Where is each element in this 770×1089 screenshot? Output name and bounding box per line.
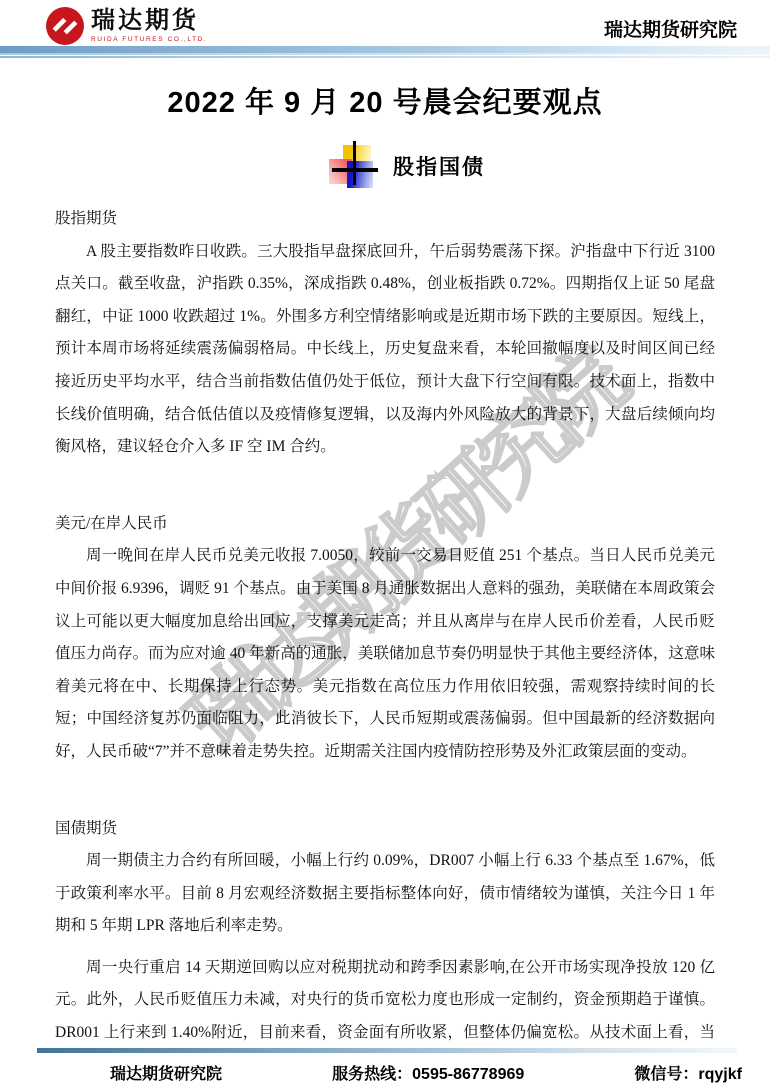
footer-hotline: 服务热线：0595-86778969	[332, 1061, 524, 1084]
paragraph: 周一晚间在岸人民币兑美元收报 7.0050，较前一交易日贬值 251 个基点。当…	[55, 540, 715, 768]
paragraph: 周一期债主力合约有所回暖，小幅上行约 0.09%，DR007 小幅上行 6.33…	[55, 845, 715, 943]
footer-wechat-id: rqyjkf	[698, 1066, 742, 1083]
section-heading: 国债期货	[55, 813, 715, 846]
section-usd-cny: 美元/在岸人民币 周一晚间在岸人民币兑美元收报 7.0050，较前一交易日贬值 …	[55, 508, 715, 769]
footer-institute: 瑞达期货研究院	[110, 1061, 222, 1084]
cross-chart-icon	[329, 141, 379, 191]
footer-wechat-label: 微信号：	[634, 1066, 698, 1083]
header-divider	[0, 46, 770, 58]
institute-name: 瑞达期货研究院	[604, 15, 737, 42]
footer-divider	[37, 1048, 737, 1053]
section-heading: 美元/在岸人民币	[55, 508, 715, 541]
page: { "header": { "brand_cn": "瑞达期货", "brand…	[0, 0, 770, 1089]
footer-hotline-number: 0595-86778969	[412, 1066, 524, 1083]
brand-name-cn: 瑞达期货	[91, 8, 207, 34]
footer-row: 瑞达期货研究院 服务热线：0595-86778969 微信号：rqyjkf	[0, 1061, 770, 1084]
icon-cross-vertical	[353, 141, 356, 185]
company-logo: 瑞达期货 RUIDA FUTURES CO.,LTD.	[45, 6, 207, 46]
section-banner-label: 股指国债	[393, 151, 485, 181]
paragraph: A 股主要指数昨日收跌。三大股指早盘探底回升，午后弱势震荡下探。沪指盘中下行近 …	[55, 236, 715, 464]
section-stock-index-futures: 股指期货 A 股主要指数昨日收跌。三大股指早盘探底回升，午后弱势震荡下探。沪指盘…	[55, 203, 715, 464]
section-heading: 股指期货	[55, 203, 715, 236]
icon-blue-square	[347, 161, 373, 188]
footer-hotline-label: 服务热线：	[332, 1066, 412, 1083]
logo-text: 瑞达期货 RUIDA FUTURES CO.,LTD.	[91, 6, 207, 43]
section-treasury-futures: 国债期货 周一期债主力合约有所回暖，小幅上行约 0.09%，DR007 小幅上行…	[55, 813, 715, 1083]
logo-mark-icon	[45, 6, 85, 46]
icon-cross-horizontal	[332, 168, 378, 172]
brand-name-en: RUIDA FUTURES CO.,LTD.	[91, 36, 207, 43]
footer: 瑞达期货研究院 服务热线：0595-86778969 微信号：rqyjkf	[0, 1043, 770, 1089]
footer-wechat: 微信号：rqyjkf	[634, 1061, 742, 1084]
page-title: 2022 年 9 月 20 号晨会纪要观点	[0, 80, 770, 121]
section-banner: 股指国债	[22, 141, 770, 191]
document-body: 股指期货 A 股主要指数昨日收跌。三大股指早盘探底回升，午后弱势震荡下探。沪指盘…	[55, 203, 715, 1082]
header: 瑞达期货 RUIDA FUTURES CO.,LTD. 瑞达期货研究院	[0, 0, 770, 46]
